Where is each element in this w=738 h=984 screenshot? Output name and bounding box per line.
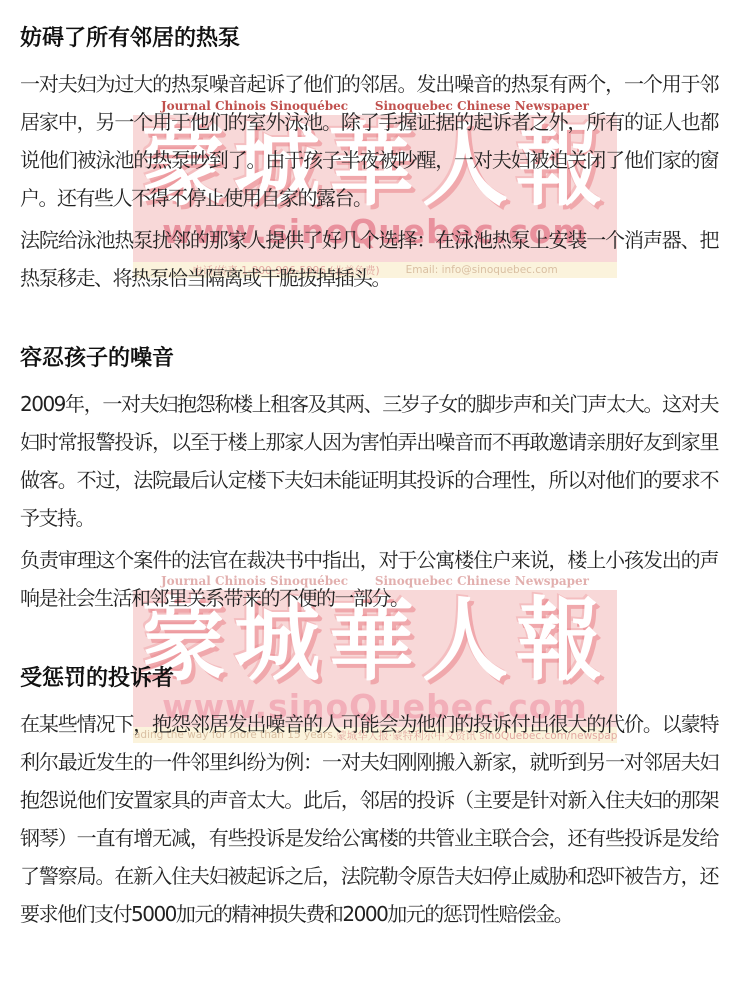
section-heading-heat-pump: 妨碍了所有邻居的热泵	[20, 0, 718, 53]
section-heading-punished-complainer: 受惩罚的投诉者	[20, 621, 718, 693]
article-page: Journal Chinois Sinoquébec Sinoquebec Ch…	[0, 0, 738, 984]
article-body: 妨碍了所有邻居的热泵 一对夫妇为过大的热泵噪音起诉了他们的邻居。发出噪音的热泵有…	[0, 0, 738, 933]
paragraph: 法院给泳池热泵扰邻的那家人提供了好几个选择：在泳池热泵上安装一个消声器、把热泵移…	[20, 221, 718, 297]
paragraph: 负责审理这个案件的法官在裁决书中指出，对于公寓楼住户来说，楼上小孩发出的声响是社…	[20, 541, 718, 617]
paragraph: 在某些情况下，抱怨邻居发出噪音的人可能会为他们的投诉付出很大的代价。以蒙特利尔最…	[20, 705, 718, 933]
paragraph: 一对夫妇为过大的热泵噪音起诉了他们的邻居。发出噪音的热泵有两个，一个用于邻居家中…	[20, 65, 718, 217]
section-heading-children-noise: 容忍孩子的噪音	[20, 301, 718, 373]
paragraph: 2009年，一对夫妇抱怨称楼上租客及其两、三岁子女的脚步声和关门声太大。这对夫妇…	[20, 385, 718, 537]
